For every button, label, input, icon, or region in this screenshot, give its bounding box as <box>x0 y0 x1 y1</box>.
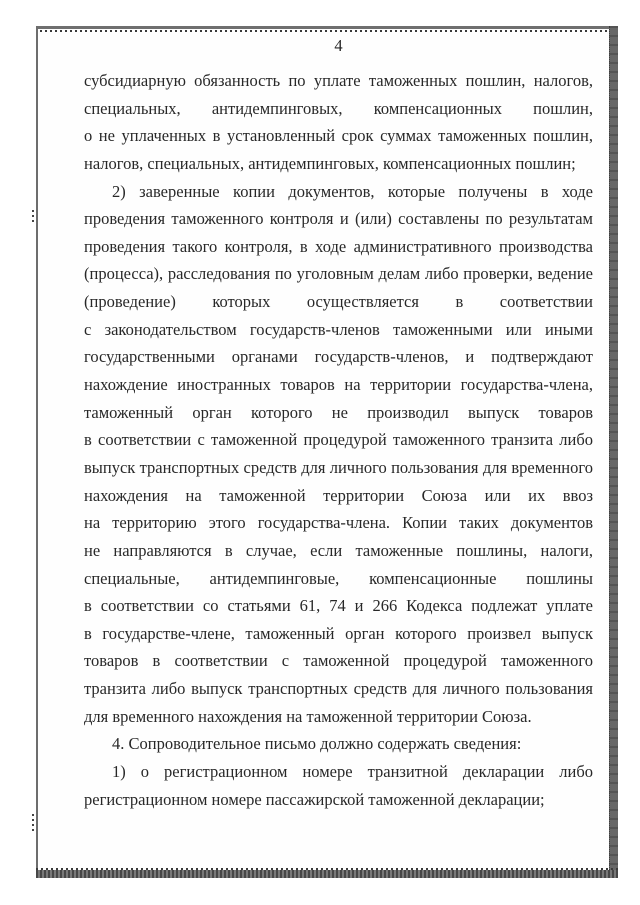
text-line: в соответствии со статьями 61, 74 и 266 … <box>84 592 593 620</box>
text-line: товаров в соответствии с таможенной проц… <box>84 647 593 675</box>
text-line: в государстве-члене, таможенный орган ко… <box>84 620 593 648</box>
text-line: выпуск транспортных средств для личного … <box>84 454 593 482</box>
scan-artifact-mark <box>32 814 34 832</box>
text-line: в соответствии с таможенной процедурой т… <box>84 426 593 454</box>
scan-artifact-mark <box>32 210 34 223</box>
text-line: транзита либо выпуск транспортных средст… <box>84 675 593 703</box>
text-line: не направляются в случае, если таможенны… <box>84 537 593 565</box>
page-number: 4 <box>84 32 593 59</box>
page-border-left <box>36 26 38 878</box>
text-line: таможенный орган которого не производил … <box>84 399 593 427</box>
text-line: проведения таможенного контроля и (или) … <box>84 205 593 233</box>
text-line: 4. Сопроводительное письмо должно содерж… <box>84 730 593 758</box>
text-line: (проведение) которых осуществляется в со… <box>84 288 593 316</box>
text-line: регистрационном номере пассажирской тамо… <box>84 786 593 814</box>
text-line: о не уплаченных в установленный срок сум… <box>84 122 593 150</box>
text-line: для временного нахождения на таможенной … <box>84 703 593 731</box>
document-page: 4 субсидиарную обязанность по уплате там… <box>36 26 618 878</box>
text-line: нахождение иностранных товаров на террит… <box>84 371 593 399</box>
text-line: проведения такого контроля, в ходе админ… <box>84 233 593 261</box>
text-line: налогов, специальных, антидемпинговых, к… <box>84 150 593 178</box>
text-line: специальных, антидемпинговых, компенсаци… <box>84 95 593 123</box>
text-line: нахождения на таможенной территории Союз… <box>84 482 593 510</box>
text-line: субсидиарную обязанность по уплате тамож… <box>84 67 593 95</box>
text-line: 2) заверенные копии документов, которые … <box>84 178 593 206</box>
text-line: государственными органами государств-чле… <box>84 343 593 371</box>
page-border-top <box>36 26 618 29</box>
text-line: с законодательством государств-членов та… <box>84 316 593 344</box>
text-line: 1) о регистрационном номере транзитной д… <box>84 758 593 786</box>
page-border-bottom <box>36 870 618 878</box>
text-line: на территорию этого государства-члена. К… <box>84 509 593 537</box>
text-line: специальные, антидемпинговые, компенсаци… <box>84 565 593 593</box>
page-border-right <box>609 26 618 878</box>
document-text-block: субсидиарную обязанность по уплате тамож… <box>84 67 593 813</box>
text-line: (процесса), расследования по уголовным д… <box>84 260 593 288</box>
